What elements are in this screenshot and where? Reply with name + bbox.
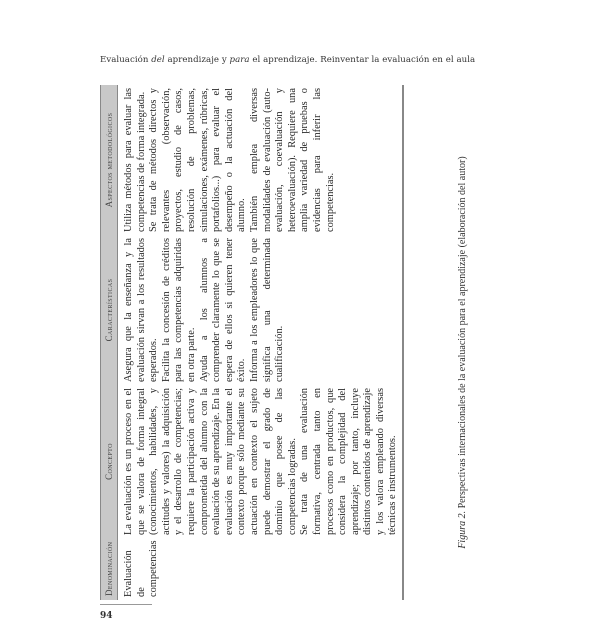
caracteristica-item: Facilita la concesión de créditos para l…	[161, 238, 199, 382]
cell-denominacion: Evaluación de competencias	[118, 538, 404, 600]
figure-caption-text: Perspectivas internacionales de la evalu…	[457, 156, 468, 511]
folio-rule	[100, 604, 152, 605]
cell-concepto: La evaluación es un proceso en el que se…	[118, 385, 404, 538]
running-head-italic-para: para	[230, 55, 250, 65]
header-aspectos: Aspectos metodológicos	[101, 85, 118, 235]
caracteristica-item: Asegura que la enseñanza y la evaluación…	[123, 238, 161, 382]
caracteristica-item: Ayuda a los alumnos a comprender clarame…	[199, 238, 249, 382]
running-head-text-2: aprendizaje y	[165, 55, 230, 65]
cell-aspectos: Utiliza métodos para evaluar las compete…	[118, 85, 404, 235]
aspecto-item: Utiliza métodos para evaluar las compete…	[123, 88, 148, 232]
header-concepto: Concepto	[101, 385, 118, 538]
page-number: 94	[100, 611, 113, 621]
rotated-table-container: Denominación Concepto Características As…	[100, 85, 480, 600]
concepto-paragraph: Se trata de una evaluación formativa, ce…	[299, 388, 400, 535]
running-head-text-1: Evaluación	[100, 55, 151, 65]
perspectives-table: Denominación Concepto Características As…	[100, 85, 404, 600]
header-denominacion: Denominación	[101, 538, 118, 600]
cell-caracteristicas: Asegura que la enseñanza y la evaluación…	[118, 235, 404, 385]
concepto-paragraph: La evaluación es un proceso en el que se…	[123, 388, 299, 535]
table-row: Evaluación de competencias La evaluación…	[118, 85, 404, 600]
running-head-text-3: el aprendizaje. Reinventar la evaluación…	[250, 55, 476, 65]
table-header-row: Denominación Concepto Características As…	[101, 85, 118, 600]
header-caracteristicas: Características	[101, 235, 118, 385]
running-head: Evaluación del aprendizaje y para el apr…	[100, 55, 475, 65]
aspecto-item: También emplea diversas modalidades de e…	[249, 88, 337, 232]
figure-caption: Figura 2. Perspectivas internacionales d…	[457, 95, 468, 610]
caracteristica-item: Informa a los empleadores lo que signifi…	[249, 238, 287, 382]
running-head-italic-del: del	[151, 55, 165, 65]
aspecto-item: Se trata de métodos directos y relevante…	[148, 88, 249, 232]
figure-label: Figura 2.	[457, 511, 468, 549]
